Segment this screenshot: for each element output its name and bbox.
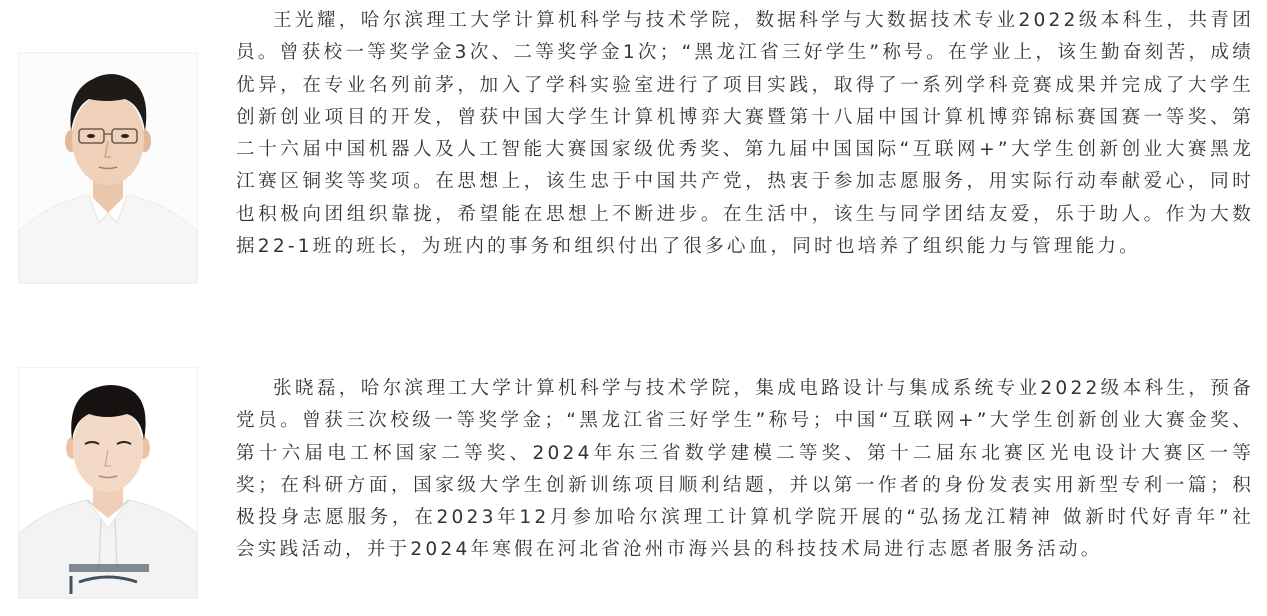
student-entry-zhang-xiaolei: 张晓磊，哈尔滨理工大学计算机科学与技术学院，集成电路设计与集成系统专业2022级… — [0, 360, 1267, 616]
student-bio: 张晓磊，哈尔滨理工大学计算机科学与技术学院，集成电路设计与集成系统专业2022级… — [236, 373, 1254, 567]
student-photo — [18, 52, 198, 284]
portrait-photo-icon — [19, 368, 197, 598]
student-bio: 王光耀，哈尔滨理工大学计算机科学与技术学院，数据科学与大数据技术专业2022级本… — [236, 5, 1254, 263]
student-photo — [18, 367, 198, 599]
student-entry-wang-guangyao: 王光耀，哈尔滨理工大学计算机科学与技术学院，数据科学与大数据技术专业2022级本… — [0, 0, 1267, 360]
portrait-photo-icon — [19, 53, 197, 283]
